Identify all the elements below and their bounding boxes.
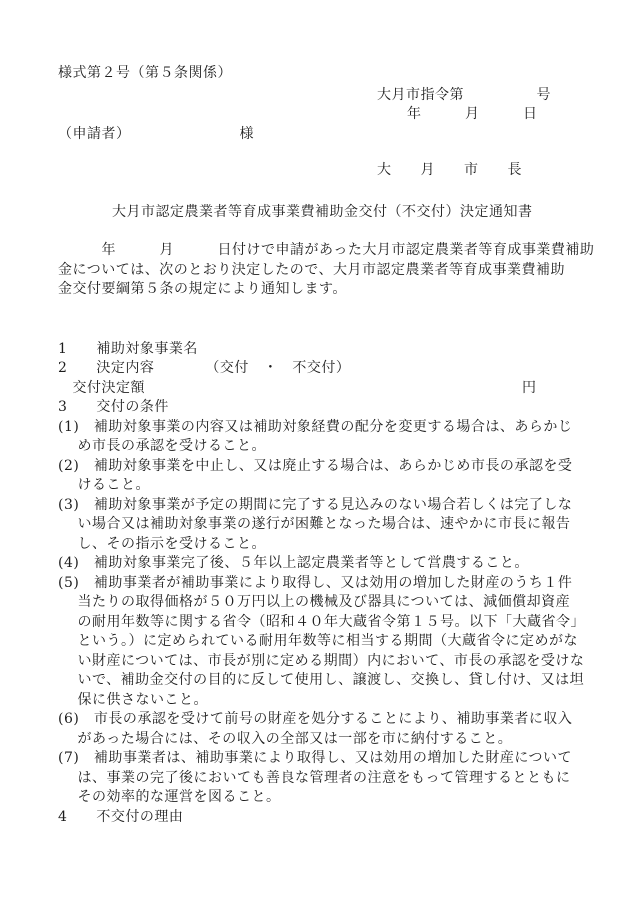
body-line: いで、補助金交付の目的に反して使用し、譲渡し、交換し、貸し付け、又は坦 <box>58 671 630 691</box>
body-line: い財産については、市長が別に定める期間）内において、市長の承認を受けな <box>58 652 630 672</box>
body-line: (7) 補助事業者は、補助事業により取得し、又は効用の増加した財産について <box>58 749 630 769</box>
body-line: (1) 補助対象事業の内容又は補助対象経費の配分を変更する場合は、あらかじ <box>58 418 630 438</box>
body-line: という。）に定められている耐用年数等に相当する期間（大蔵省令に定めがな <box>58 632 630 652</box>
body-line: の耐用年数等に関する省令（昭和４０年大蔵省令第１５号。以下「大蔵省令」 <box>58 613 630 633</box>
form-number: 様式第２号（第５条関係） <box>58 64 630 84</box>
body-line: (2) 補助対象事業を中止し、又は廃止する場合は、あらかじめ市長の承認を受 <box>58 457 630 477</box>
body-line: (6) 市長の承認を受けて前号の財産を処分することにより、補助事業者に収入 <box>58 710 630 730</box>
mayor-signature-line: 大 月 市 長 <box>377 161 630 181</box>
body-line: けること。 <box>58 476 630 496</box>
paragraph-line: 金については、次のとおり決定したので、大月市認定農業者等育成事業費補助 <box>58 261 630 281</box>
body-line: があった場合には、その収入の全部又は一部を市に納付すること。 <box>58 730 630 750</box>
body-line: その効率的な運営を図ること。 <box>58 788 630 808</box>
body-line: 当たりの取得価格が５０万円以上の機械及び器具については、減価償却資産 <box>58 593 630 613</box>
body-line: 4 不交付の理由 <box>58 808 630 828</box>
body-line: 1 補助対象事業名 <box>58 340 630 360</box>
opening-paragraph: 年 月 日付けで申請があった大月市認定農業者等育成事業費補助金については、次のと… <box>58 241 630 300</box>
body-line: い場合又は補助対象事業の遂行が困難となった場合は、速やかに市長に報告 <box>58 515 630 535</box>
body-line: め市長の承認を受けること。 <box>58 437 630 457</box>
body-line: (4) 補助対象事業完了後、５年以上認定農業者等として営農すること。 <box>58 554 630 574</box>
paragraph-line: 年 月 日付けで申請があった大月市認定農業者等育成事業費補助 <box>58 241 630 261</box>
paragraph-line: 金交付要綱第５条の規定により通知します。 <box>58 280 630 300</box>
applicant-line: （申請者） 様 <box>58 125 630 145</box>
document-title: 大月市認定農業者等育成事業費補助金交付（不交付）決定通知書 <box>112 203 630 223</box>
directive-number-line: 大月市指令第 号 <box>377 86 630 106</box>
body-line: 交付決定額 円 <box>58 379 630 399</box>
body-line: 3 交付の条件 <box>58 398 630 418</box>
body-line: 保に供さないこと。 <box>58 691 630 711</box>
body-line: 2 決定内容 （交付 ・ 不交付） <box>58 359 630 379</box>
date-line: 年 月 日 <box>407 105 630 125</box>
body-line: は、事業の完了後においても善良な管理者の注意をもって管理するとともに <box>58 769 630 789</box>
document-page: 様式第２号（第５条関係） 大月市指令第 号 年 月 日 （申請者） 様 大 月 … <box>0 0 630 903</box>
body-line: (3) 補助対象事業が予定の期間に完了する見込みのない場合若しくは完了しな <box>58 496 630 516</box>
body-line: (5) 補助事業者が補助事業により取得し、又は効用の増加した財産のうち１件 <box>58 574 630 594</box>
document-body: 1 補助対象事業名2 決定内容 （交付 ・ 不交付） 交付決定額 円3 交付の条… <box>58 340 630 828</box>
body-line: し、その指示を受けること。 <box>58 535 630 555</box>
